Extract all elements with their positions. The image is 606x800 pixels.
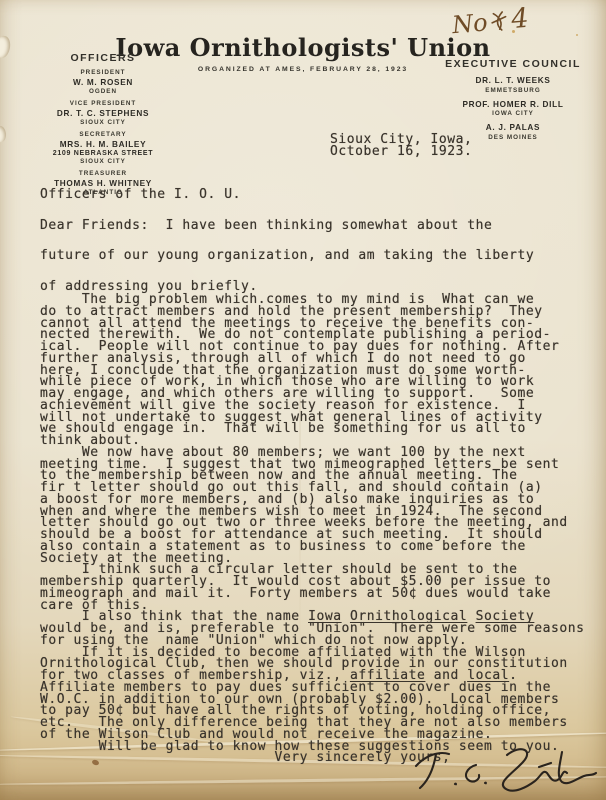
officer-role: SECRETARY <box>17 131 189 138</box>
officer-entry: PRESIDENTW. M. ROSENOGDEN <box>17 69 189 95</box>
executive-council-heading: EXECUTIVE COUNCIL <box>427 58 599 70</box>
officer-entry: SECRETARYMRS. H. M. BAILEY2109 NEBRASKA … <box>17 131 189 165</box>
letter-line: Officers of the I. O. U. <box>40 180 534 211</box>
officer-role: TREASURER <box>17 170 189 177</box>
officer-role: VICE PRESIDENT <box>17 100 189 107</box>
council-place: EMMETSBURG <box>427 87 599 94</box>
letter-body: The big problem which.comes to my mind i… <box>40 294 584 764</box>
executive-council-list: DR. L. T. WEEKSEMMETSBURGPROF. HOMER R. … <box>427 76 599 141</box>
council-entry: PROF. HOMER R. DILLIOWA CITY <box>427 100 599 118</box>
officers-column: OFFICERS PRESIDENTW. M. ROSENOGDENVICE P… <box>17 52 189 196</box>
officer-place: OGDEN <box>17 88 189 95</box>
signature <box>410 742 600 800</box>
council-name: PROF. HOMER R. DILL <box>427 100 599 109</box>
dateline: Sioux City, Iowa,October 16, 1923. <box>330 134 472 159</box>
council-name: A. J. PALAS <box>427 123 599 132</box>
dateline-line: October 16, 1923. <box>330 146 472 158</box>
officer-address: 2109 NEBRASKA STREET <box>17 150 189 157</box>
letter-line: Dear Friends: I have been thinking somew… <box>40 211 534 242</box>
paper-tear <box>0 125 7 142</box>
officer-name: DR. T. C. STEPHENS <box>17 109 189 118</box>
officer-place: SIOUX CITY <box>17 158 189 165</box>
executive-council-column: EXECUTIVE COUNCIL DR. L. T. WEEKSEMMETSB… <box>427 58 599 141</box>
annotation-number: 4 <box>510 3 530 35</box>
letter-page: No 4 Iowa Ornithologists' Union ORGANIZE… <box>0 0 606 800</box>
council-place: IOWA CITY <box>427 110 599 117</box>
officer-name: MRS. H. M. BAILEY <box>17 140 189 149</box>
officers-list: PRESIDENTW. M. ROSENOGDENVICE PRESIDENTD… <box>17 69 189 196</box>
officer-entry: VICE PRESIDENTDR. T. C. STEPHENSSIOUX CI… <box>17 100 189 126</box>
scribble-cross-icon <box>489 8 509 33</box>
officer-role: PRESIDENT <box>17 69 189 76</box>
officer-name: W. M. ROSEN <box>17 78 189 87</box>
letter-line: future of our young organization, and am… <box>40 241 534 272</box>
letter-opening: Officers of the I. O. U.Dear Friends: I … <box>40 180 534 303</box>
council-entry: DR. L. T. WEEKSEMMETSBURG <box>427 76 599 94</box>
council-name: DR. L. T. WEEKS <box>427 76 599 85</box>
officer-place: SIOUX CITY <box>17 119 189 126</box>
officers-heading: OFFICERS <box>17 52 189 64</box>
